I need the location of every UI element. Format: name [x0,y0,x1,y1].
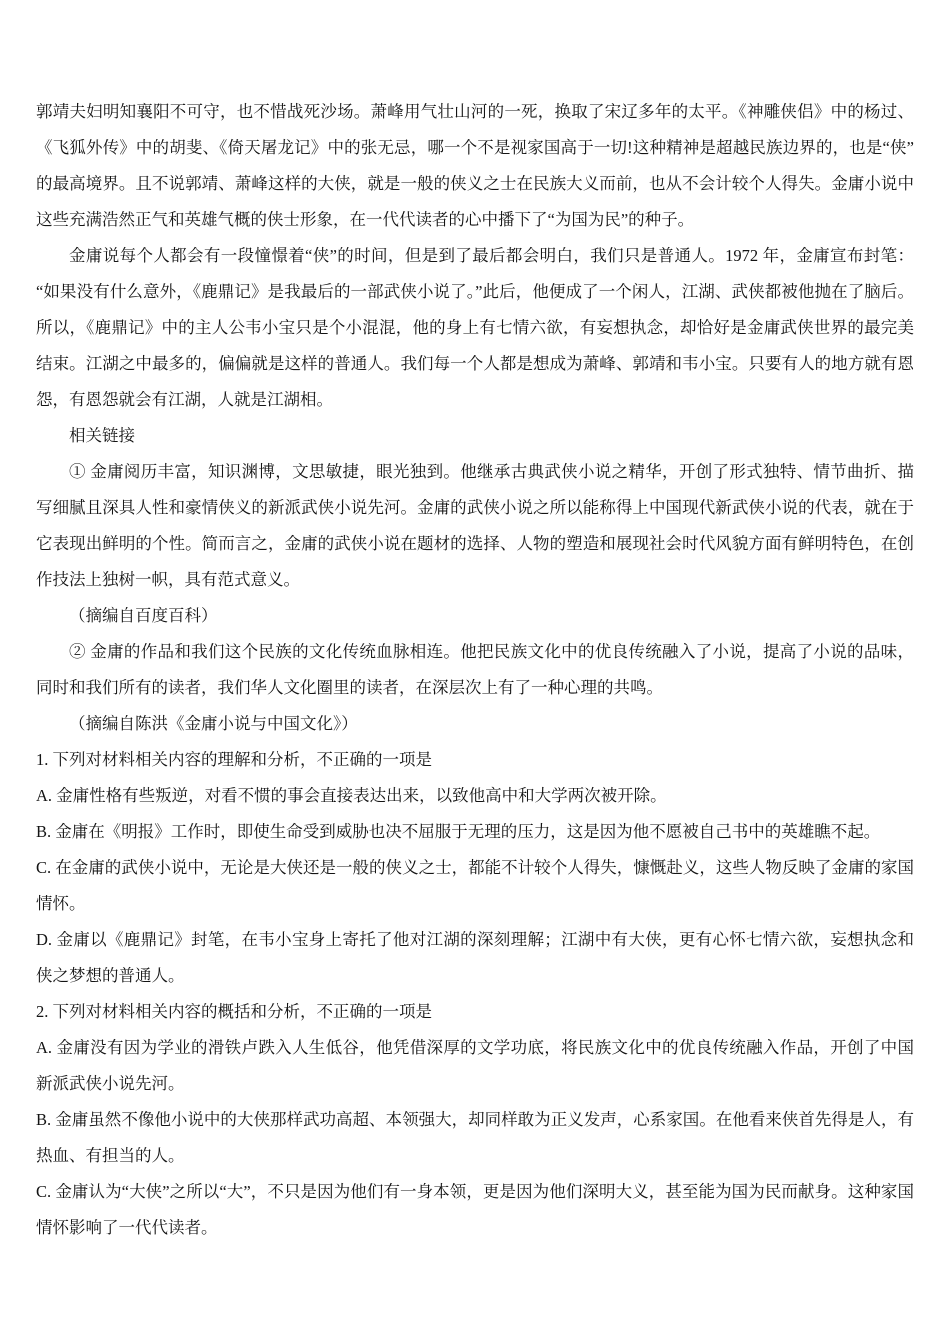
source-citation-1: （摘编自百度百科） [36,598,914,634]
source-citation-2: （摘编自陈洪《金庸小说与中国文化》） [36,706,914,742]
question-2-option-b: B. 金庸虽然不像他小说中的大侠那样武功高超、本领强大，却同样敢为正义发声，心系… [36,1102,914,1174]
related-links-heading: 相关链接 [36,418,914,454]
question-2-option-c: C. 金庸认为“大侠”之所以“大”，不只是因为他们有一身本领，更是因为他们深明大… [36,1174,914,1246]
question-1-stem: 1. 下列对材料相关内容的理解和分析，不正确的一项是 [36,742,914,778]
question-1-option-a: A. 金庸性格有些叛逆，对看不惯的事会直接表达出来，以致他高中和大学两次被开除。 [36,778,914,814]
question-1-option-c: C. 在金庸的武侠小说中，无论是大侠还是一般的侠义之士，都能不计较个人得失，慷慨… [36,850,914,922]
material-paragraph-1: 郭靖夫妇明知襄阳不可守，也不惜战死沙场。萧峰用气壮山河的一死，换取了宋辽多年的太… [36,94,914,238]
question-1-option-d: D. 金庸以《鹿鼎记》封笔，在韦小宝身上寄托了他对江湖的深刻理解；江湖中有大侠，… [36,922,914,994]
question-2-stem: 2. 下列对材料相关内容的概括和分析，不正确的一项是 [36,994,914,1030]
question-1-option-b: B. 金庸在《明报》工作时，即使生命受到威胁也决不屈服于无理的压力，这是因为他不… [36,814,914,850]
material-paragraph-2: 金庸说每个人都会有一段憧憬着“侠”的时间，但是到了最后都会明白，我们只是普通人。… [36,238,914,418]
related-link-2: ② 金庸的作品和我们这个民族的文化传统血脉相连。他把民族文化中的优良传统融入了小… [36,634,914,706]
related-link-1: ① 金庸阅历丰富，知识渊博，文思敏捷，眼光独到。他继承古典武侠小说之精华，开创了… [36,454,914,598]
document-page: 郭靖夫妇明知襄阳不可守，也不惜战死沙场。萧峰用气壮山河的一死，换取了宋辽多年的太… [0,0,950,1344]
question-2-option-a: A. 金庸没有因为学业的滑铁卢跌入人生低谷，他凭借深厚的文学功底，将民族文化中的… [36,1030,914,1102]
